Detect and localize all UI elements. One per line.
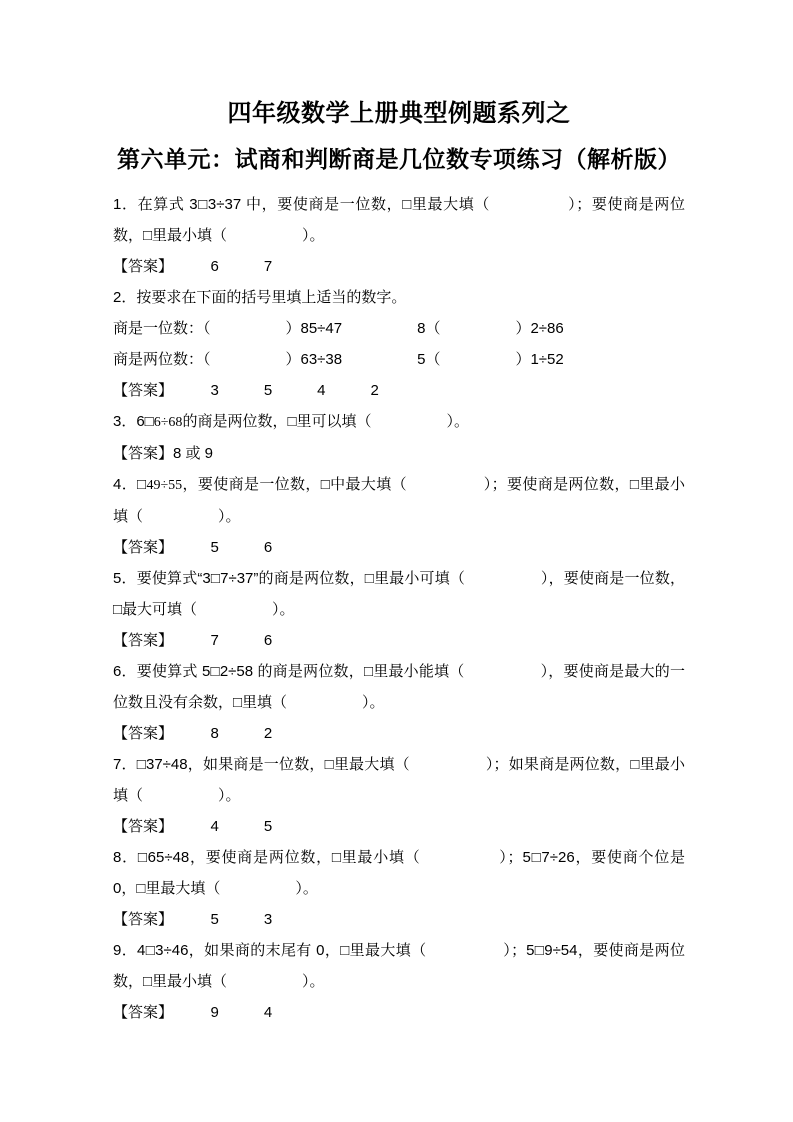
question-2-answer: 【答案】 3 5 4 2 xyxy=(113,375,685,406)
question-6-text: 6．要使算式 5□2÷58 的商是两位数，□里最小能填（ ），要使商是最大的一位… xyxy=(113,656,685,718)
question-9-answer: 【答案】 9 4 xyxy=(113,997,685,1028)
question-6-answer: 【答案】 8 2 xyxy=(113,718,685,749)
worksheet-page: 四年级数学上册典型例题系列之 第六单元：试商和判断商是几位数专项练习（解析版） … xyxy=(0,0,793,1122)
question-1-answer: 【答案】 6 7 xyxy=(113,251,685,282)
question-2-text: 2．按要求在下面的括号里填上适当的数字。 xyxy=(113,282,685,313)
question-9-text: 9．4□3÷46，如果商的末尾有 0，□里最大填（ ）；5□9÷54，要使商是两… xyxy=(113,935,685,997)
question-5-text: 5．要使算式“3□7÷37”的商是两位数，□里最小可填（ ），要使商是一位数，□… xyxy=(113,563,685,625)
question-4-answer: 【答案】 5 6 xyxy=(113,532,685,563)
doc-body: 1．在算式 3□3÷37 中，要使商是一位数，□里最大填（ ）；要使商是两位数，… xyxy=(113,189,685,1028)
question-7-text: 7．□37÷48，如果商是一位数，□里最大填（ ）；如果商是两位数，□里最小填（… xyxy=(113,749,685,811)
question-3-expression: 6÷68 xyxy=(154,415,183,430)
question-5-answer: 【答案】 7 6 xyxy=(113,625,685,656)
question-1-text: 1．在算式 3□3÷37 中，要使商是一位数，□里最大填（ ）；要使商是两位数，… xyxy=(113,189,685,251)
doc-subtitle: 第六单元：试商和判断商是几位数专项练习（解析版） xyxy=(113,144,685,174)
question-3-text: 3．6□6÷68的商是两位数，□里可以填（ ）。 xyxy=(113,406,685,438)
question-4-prefix: 4．□ xyxy=(113,476,146,493)
question-4-suffix: ，要使商是一位数，□中最大填（ ）；要使商是两位数，□里最小填（ ）。 xyxy=(113,476,685,525)
question-7-answer: 【答案】 4 5 xyxy=(113,811,685,842)
question-3-prefix: 3．6□ xyxy=(113,413,154,430)
question-2-row-one-digit: 商是一位数：（ ）85÷47 8（ ）2÷86 xyxy=(113,313,685,344)
question-2-row-two-digit: 商是两位数：（ ）63÷38 5（ ）1÷52 xyxy=(113,344,685,375)
question-3-suffix: 的商是两位数，□里可以填（ ）。 xyxy=(182,413,469,430)
question-8-answer: 【答案】 5 3 xyxy=(113,904,685,935)
doc-title: 四年级数学上册典型例题系列之 xyxy=(113,100,685,128)
question-8-text: 8．□65÷48，要使商是两位数，□里最小填（ ）；5□7÷26，要使商个位是 … xyxy=(113,842,685,904)
question-4-text: 4．□49÷55，要使商是一位数，□中最大填（ ）；要使商是两位数，□里最小填（… xyxy=(113,469,685,532)
question-3-answer: 【答案】8 或 9 xyxy=(113,438,685,469)
question-4-expression: 49÷55 xyxy=(146,478,182,493)
